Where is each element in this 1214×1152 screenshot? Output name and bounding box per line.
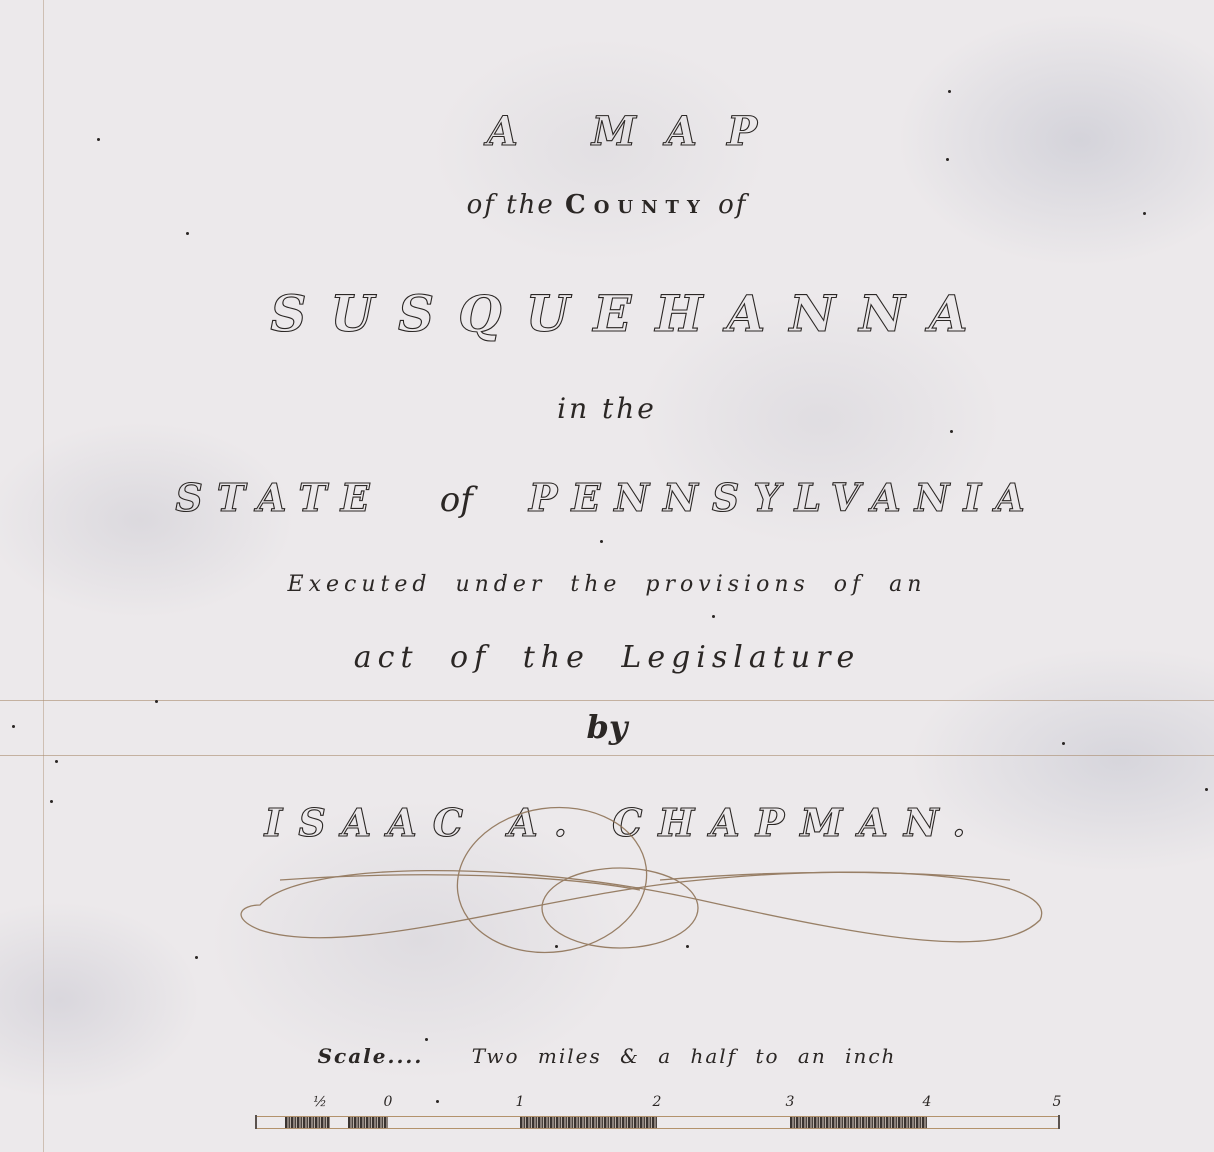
scale-bar-start bbox=[255, 1115, 257, 1129]
scale-description: Two miles & a half to an inch bbox=[472, 1044, 897, 1068]
scale-tick-half: ½ bbox=[313, 1094, 327, 1110]
scale-tick-3: 3 bbox=[786, 1094, 795, 1110]
scale-bar-end bbox=[1058, 1115, 1060, 1129]
calligraphic-flourish bbox=[0, 0, 1214, 1152]
scale-bar-bottom-rail bbox=[255, 1128, 1060, 1129]
scale-tick-1: 1 bbox=[516, 1094, 525, 1110]
scale-label: Scale.... bbox=[318, 1044, 424, 1068]
scale-tick-2: 2 bbox=[653, 1094, 662, 1110]
scale-tick-4: 4 bbox=[923, 1094, 932, 1110]
scale-segment-filled bbox=[285, 1117, 330, 1128]
scale-tick-0: 0 bbox=[384, 1094, 393, 1110]
scale-segment-filled bbox=[790, 1117, 927, 1128]
scale-segment-filled bbox=[520, 1117, 657, 1128]
scale-segment-filled bbox=[348, 1117, 388, 1128]
scale-bar bbox=[255, 1115, 1060, 1129]
scale-caption: Scale.... Two miles & a half to an inch bbox=[0, 1044, 1214, 1068]
scale-tick-5: 5 bbox=[1053, 1094, 1062, 1110]
